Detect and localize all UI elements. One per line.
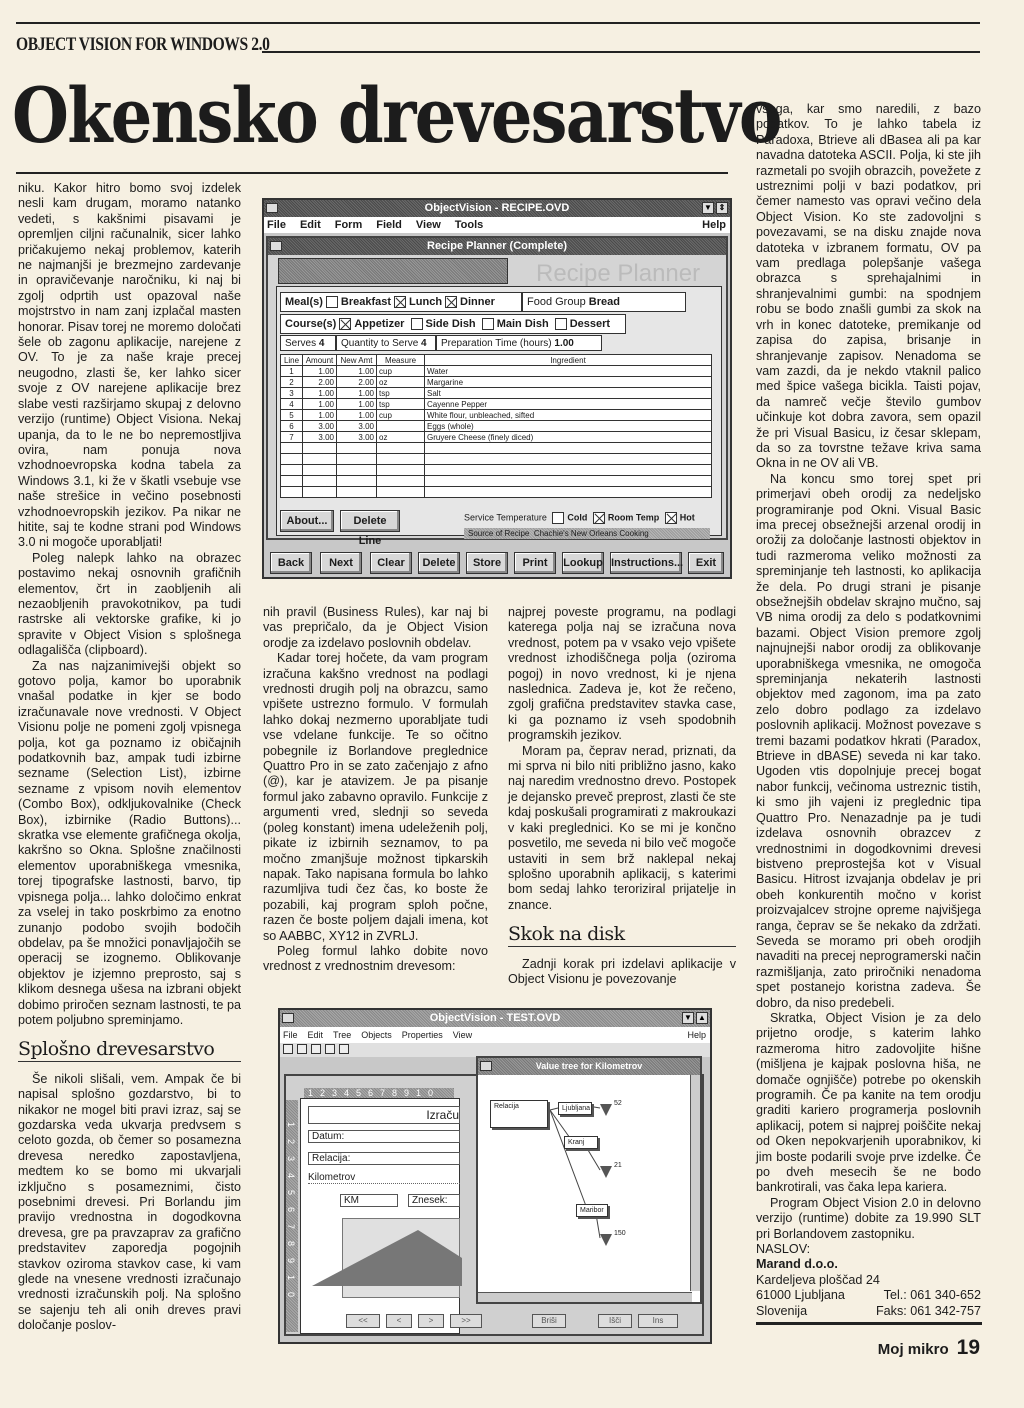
value-marker-icon <box>600 1234 612 1246</box>
paragraph: Za nas najzanimivejši objekt so gotovo p… <box>18 659 241 1029</box>
vertical-ruler: 12345678910 <box>286 1100 298 1332</box>
value-tree-window: Value tree for Kilometrov Relacija Ljubl… <box>476 1056 702 1304</box>
menu-tree[interactable]: Tree <box>333 1027 351 1043</box>
cold-checkbox[interactable] <box>552 512 564 524</box>
kicker-rule <box>262 51 980 53</box>
about-button[interactable]: About... <box>280 510 334 532</box>
street: Kardeljeva ploščad 24 <box>756 1273 981 1288</box>
menu-properties[interactable]: Properties <box>402 1027 443 1043</box>
quantity-field[interactable]: Quantity to Serve 4 <box>336 335 436 351</box>
serves-field[interactable]: Serves 4 <box>280 335 336 351</box>
menu-help[interactable]: Help <box>687 1027 706 1043</box>
menu-view[interactable]: View <box>416 217 441 233</box>
breakfast-checkbox[interactable] <box>326 296 338 308</box>
value-label: 21 <box>614 1162 622 1169</box>
menu-file[interactable]: File <box>267 217 286 233</box>
instructions-button[interactable]: Instructions... <box>610 552 682 574</box>
title-bar: ObjectVision - TEST.OVD ▼▲ <box>280 1010 710 1027</box>
table-row[interactable] <box>281 487 712 498</box>
table-row[interactable] <box>281 476 712 487</box>
menu-objects[interactable]: Objects <box>361 1027 392 1043</box>
print-button[interactable]: Print <box>514 552 556 574</box>
datum-field[interactable]: Datum: <box>308 1130 460 1143</box>
form-watermark: Recipe Planner <box>536 260 700 288</box>
menu-bar: File Edit Tree Objects Properties View H… <box>280 1027 710 1043</box>
paragraph: Zadnji korak pri izdelavi aplikacije v O… <box>508 957 736 988</box>
table-row[interactable]: 41.001.00tspCayenne Pepper <box>281 399 712 410</box>
delete-button[interactable]: Delete <box>418 552 460 574</box>
menu-form[interactable]: Form <box>335 217 363 233</box>
paragraph: niku. Kakor hitro bomo svoj izdelek nesl… <box>18 181 241 551</box>
recipe-window: ObjectVision - RECIPE.OVD ▼⇕ File Edit F… <box>262 198 732 579</box>
dessert-checkbox[interactable] <box>555 318 567 330</box>
meals-row: Meal(s) Breakfast Lunch Dinner <box>280 292 522 312</box>
paragraph: Poleg formul lahko dobite novo vrednost … <box>263 944 488 975</box>
title-bar: ObjectVision - RECIPE.OVD ▼⇕ <box>264 200 730 217</box>
page-number: 19 <box>957 1336 980 1359</box>
km-field[interactable]: KM <box>340 1194 398 1207</box>
tree-branch-ljubljana[interactable]: Ljubljana <box>558 1102 592 1115</box>
paragraph: Kadar torej hočete, da vam program izrač… <box>263 651 488 944</box>
article-column-1: niku. Kakor hitro bomo svoj izdelek nesl… <box>18 181 241 1334</box>
tool-icon[interactable] <box>311 1044 321 1054</box>
triangle-graphic <box>312 1228 462 1288</box>
paragraph: Skratka, Object Vision je za delo prijet… <box>756 1011 981 1196</box>
paragraph: Moram pa, čeprav nerad, priznati, da mi … <box>508 744 736 913</box>
menu-edit[interactable]: Edit <box>308 1027 324 1043</box>
form-tab-header <box>278 258 508 284</box>
phone: Tel.: 061 340-652 <box>884 1288 981 1303</box>
value-marker-icon <box>600 1166 612 1178</box>
paragraph: Poleg nalepk lahko na obrazec postavimo … <box>18 551 241 659</box>
tool-icon[interactable] <box>325 1044 335 1054</box>
table-header: Line Amount New Amt Measure Ingredient <box>281 355 712 366</box>
table-row[interactable]: 73.003.00ozGruyere Cheese (finely diced) <box>281 432 712 443</box>
appetizer-checkbox[interactable] <box>339 318 351 330</box>
company-name: Marand d.o.o. <box>756 1257 981 1272</box>
next-button[interactable]: Next <box>320 552 362 574</box>
ingredients-table: Line Amount New Amt Measure Ingredient 1… <box>280 354 712 498</box>
subwindow-title-bar: Recipe Planner (Complete) <box>268 238 726 255</box>
dinner-checkbox[interactable] <box>445 296 457 308</box>
table-row[interactable] <box>281 443 712 454</box>
food-group-field[interactable]: Food Group Bread <box>522 292 686 312</box>
table-row[interactable]: 31.001.00tspSalt <box>281 388 712 399</box>
store-button[interactable]: Store <box>466 552 508 574</box>
footer-rule <box>756 1322 982 1325</box>
paragraph: vsega, kar smo naredili, z bazo podatkov… <box>756 102 981 472</box>
delete-line-button[interactable]: Delete Line <box>340 510 400 532</box>
table-row[interactable]: 11.001.00cupWater <box>281 366 712 377</box>
headline-rule <box>16 172 728 174</box>
section-kicker: OBJECT VISION FOR WINDOWS 2.0 <box>16 34 269 56</box>
lunch-checkbox[interactable] <box>394 296 406 308</box>
isci-button[interactable]: Išči <box>598 1314 632 1328</box>
article-column-4: vsega, kar smo naredili, z bazo podatkov… <box>756 102 981 1319</box>
page-footer: Moj mikro19 <box>878 1336 980 1360</box>
table-row[interactable]: 22.002.00ozMargarine <box>281 377 712 388</box>
znesek-field[interactable]: Znesek: <box>408 1194 460 1207</box>
tree-branch-kranj[interactable]: Kranj <box>564 1136 598 1149</box>
paragraph: Še nikoli slišali, vem. Ampak če bi napi… <box>18 1072 241 1334</box>
country: Slovenija <box>756 1304 807 1319</box>
service-temperature-row: Service Temperature Cold Room Temp Hot <box>464 512 695 524</box>
menu-view[interactable]: View <box>453 1027 472 1043</box>
hot-checkbox[interactable] <box>665 512 677 524</box>
tool-icon[interactable] <box>297 1044 307 1054</box>
kilometrov-field[interactable]: Kilometrov <box>308 1172 460 1184</box>
tool-icon[interactable] <box>283 1044 293 1054</box>
table-row[interactable] <box>281 465 712 476</box>
tree-root-node[interactable]: Relacija <box>490 1100 548 1128</box>
table-row[interactable]: 51.001.00cupWhite flour, unbleached, sif… <box>281 410 712 421</box>
fax: Faks: 061 342-757 <box>876 1304 981 1319</box>
prep-time-field[interactable]: Preparation Time (hours) 1.00 <box>436 335 602 351</box>
maximize-icon[interactable]: ▲ <box>696 1012 708 1024</box>
horizontal-ruler: 12345678910 <box>304 1088 454 1098</box>
magazine-name: Moj mikro <box>878 1341 949 1358</box>
menu-tools[interactable]: Tools <box>455 217 484 233</box>
back-button[interactable]: Back <box>270 552 312 574</box>
tree-branch-maribor[interactable]: Maribor <box>576 1204 608 1217</box>
menu-help[interactable]: Help <box>702 217 726 233</box>
menu-bar: File Edit Form Field View Tools Help <box>264 217 730 233</box>
menu-edit[interactable]: Edit <box>300 217 321 233</box>
toolbar <box>280 1043 710 1057</box>
top-rule <box>16 22 980 24</box>
city: 61000 Ljubljana <box>756 1288 845 1303</box>
courses-row: Course(s) Appetizer Side Dish Main Dish … <box>280 314 626 334</box>
minimize-icon[interactable]: ▼ <box>682 1012 694 1024</box>
table-row[interactable]: 63.003.00Eggs (whole) <box>281 421 712 432</box>
menu-field[interactable]: Field <box>376 217 402 233</box>
subheading: Splošno drevesarstvo <box>18 1042 241 1061</box>
restore-icon[interactable]: ⇕ <box>716 202 728 214</box>
last-record-button[interactable]: >> <box>450 1314 482 1328</box>
system-menu-icon[interactable] <box>266 203 278 213</box>
recipe-source-field[interactable]: Source of Recipe Chachie's New Orleans C… <box>464 528 710 539</box>
paragraph: najprej poveste programu, na podlagi kat… <box>508 605 736 744</box>
value-marker-icon <box>600 1104 612 1116</box>
table-row[interactable] <box>281 454 712 465</box>
subheading: Skok na disk <box>508 927 736 946</box>
paragraph: Na koncu smo torej spet pri primerjavi o… <box>756 472 981 1011</box>
paragraph: Program Object Vision 2.0 in delovno ver… <box>756 1196 981 1242</box>
exit-button[interactable]: Exit <box>688 552 724 574</box>
system-menu-icon[interactable] <box>270 241 282 251</box>
room-temp-checkbox[interactable] <box>593 512 605 524</box>
recipe-planner-subwindow: Recipe Planner (Complete) Recipe Planner… <box>266 236 728 540</box>
article-column-2: nih pravil (Business Rules), kar naj bi … <box>263 605 488 975</box>
system-menu-icon[interactable] <box>282 1013 294 1023</box>
prev-record-button[interactable]: < <box>386 1314 412 1328</box>
objectvision-test-ovd-window: ObjectVision - TEST.OVD ▼▲ File Edit Tre… <box>278 1008 712 1344</box>
first-record-button[interactable]: << <box>346 1314 380 1328</box>
ins-button[interactable]: Ins <box>638 1314 678 1328</box>
clear-button[interactable]: Clear <box>370 552 412 574</box>
article-column-3: najprej poveste programu, na podlagi kat… <box>508 605 736 987</box>
relacija-field[interactable]: Relacija: <box>308 1152 460 1165</box>
tool-icon[interactable] <box>339 1044 349 1054</box>
article-headline: Okensko drevesarstvo <box>12 78 781 154</box>
value-label: 52 <box>614 1100 622 1107</box>
tree-branches <box>478 1058 694 1298</box>
main-dish-checkbox[interactable] <box>482 318 494 330</box>
value-label: 150 <box>614 1230 626 1237</box>
paragraph: nih pravil (Business Rules), kar naj bi … <box>263 605 488 651</box>
form-title-field[interactable]: Izraču <box>308 1106 460 1124</box>
next-record-button[interactable]: > <box>418 1314 444 1328</box>
menu-file[interactable]: File <box>283 1027 298 1043</box>
address-label: NASLOV: <box>756 1242 981 1257</box>
brisi-button[interactable]: Briši <box>532 1314 566 1328</box>
address-block: NASLOV: Marand d.o.o. Kardeljeva ploščad… <box>756 1242 981 1319</box>
side-dish-checkbox[interactable] <box>411 318 423 330</box>
minimize-icon[interactable]: ▼ <box>702 202 714 214</box>
lookup-button[interactable]: Lookup <box>562 552 604 574</box>
